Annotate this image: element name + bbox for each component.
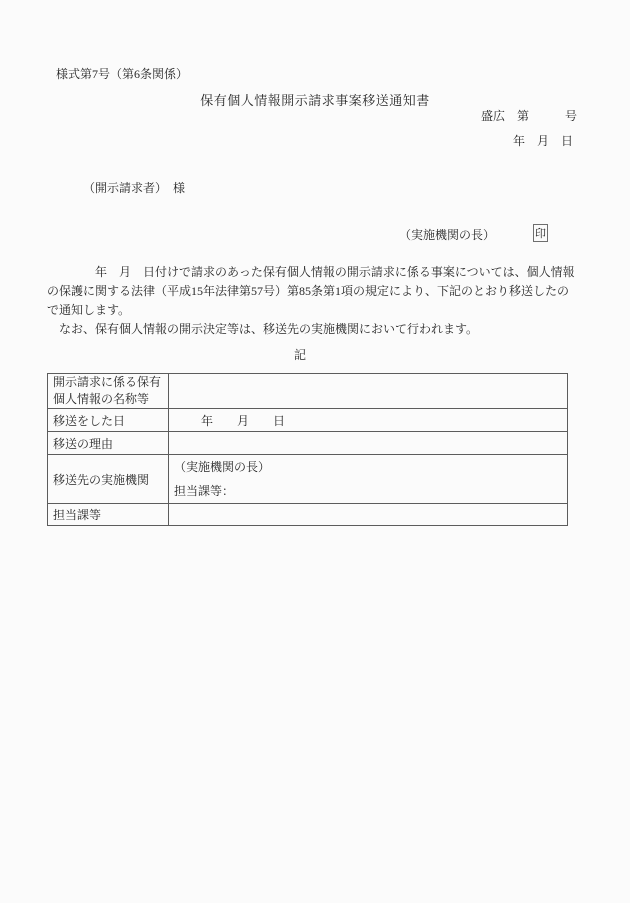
row-value-destination-agency: （実施機関の長） 担当課等： bbox=[169, 455, 568, 504]
row-value-held-info-name bbox=[169, 374, 568, 409]
form-number: 様式第7号（第6条関係） bbox=[56, 65, 188, 82]
addressee-line: （開示請求者） 様 bbox=[83, 179, 185, 196]
row-transfer-date: 移送をした日 年 月 日 bbox=[48, 409, 568, 432]
issuer-line: （実施機関の長） bbox=[399, 226, 495, 243]
seal-box: 印 bbox=[533, 224, 548, 242]
row-label-transfer-date: 移送をした日 bbox=[48, 409, 169, 432]
row-label-held-info-name: 開示請求に係る保有 個人情報の名称等 bbox=[48, 374, 169, 409]
row-value-transfer-reason bbox=[169, 432, 568, 455]
destination-agency-head-line: （実施機関の長） bbox=[174, 455, 567, 479]
row-label-transfer-reason: 移送の理由 bbox=[48, 432, 169, 455]
body-text: 年 月 日付けで請求のあった保有個人情報の開示請求に係る事案については、個人情報… bbox=[47, 263, 567, 339]
row-held-info-name: 開示請求に係る保有 個人情報の名称等 bbox=[48, 374, 568, 409]
transfer-details-table: 開示請求に係る保有 個人情報の名称等 移送をした日 年 月 日 移送の理由 移送… bbox=[47, 373, 568, 526]
document-number-line: 盛広 第 号 bbox=[481, 107, 577, 124]
row-value-contact-department bbox=[169, 504, 568, 526]
row-label-destination-agency: 移送先の実施機関 bbox=[48, 455, 169, 504]
row-label-line: 個人情報の名称等 bbox=[53, 391, 168, 408]
body-line: の保護に関する法律（平成15年法律第57号）第85条第1項の規定により、下記のと… bbox=[47, 282, 567, 301]
body-line: 年 月 日付けで請求のあった保有個人情報の開示請求に係る事案については、個人情報 bbox=[47, 263, 567, 282]
row-transfer-reason: 移送の理由 bbox=[48, 432, 568, 455]
section-marker: 記 bbox=[40, 346, 560, 363]
row-contact-department: 担当課等 bbox=[48, 504, 568, 526]
notification-document-page: 様式第7号（第6条関係） 保有個人情報開示請求事案移送通知書 盛広 第 号 年 … bbox=[0, 0, 630, 903]
row-destination-agency: 移送先の実施機関 （実施機関の長） 担当課等： bbox=[48, 455, 568, 504]
row-label-contact-department: 担当課等 bbox=[48, 504, 169, 526]
body-line: で通知します。 bbox=[47, 301, 567, 320]
body-line: なお、保有個人情報の開示決定等は、移送先の実施機関において行われます。 bbox=[47, 320, 567, 339]
row-value-transfer-date: 年 月 日 bbox=[169, 409, 568, 432]
destination-agency-department-line: 担当課等： bbox=[174, 479, 567, 503]
row-label-line: 開示請求に係る保有 bbox=[53, 374, 168, 391]
issue-date-line: 年 月 日 bbox=[513, 132, 573, 149]
seal-mark: 印 bbox=[535, 225, 546, 241]
